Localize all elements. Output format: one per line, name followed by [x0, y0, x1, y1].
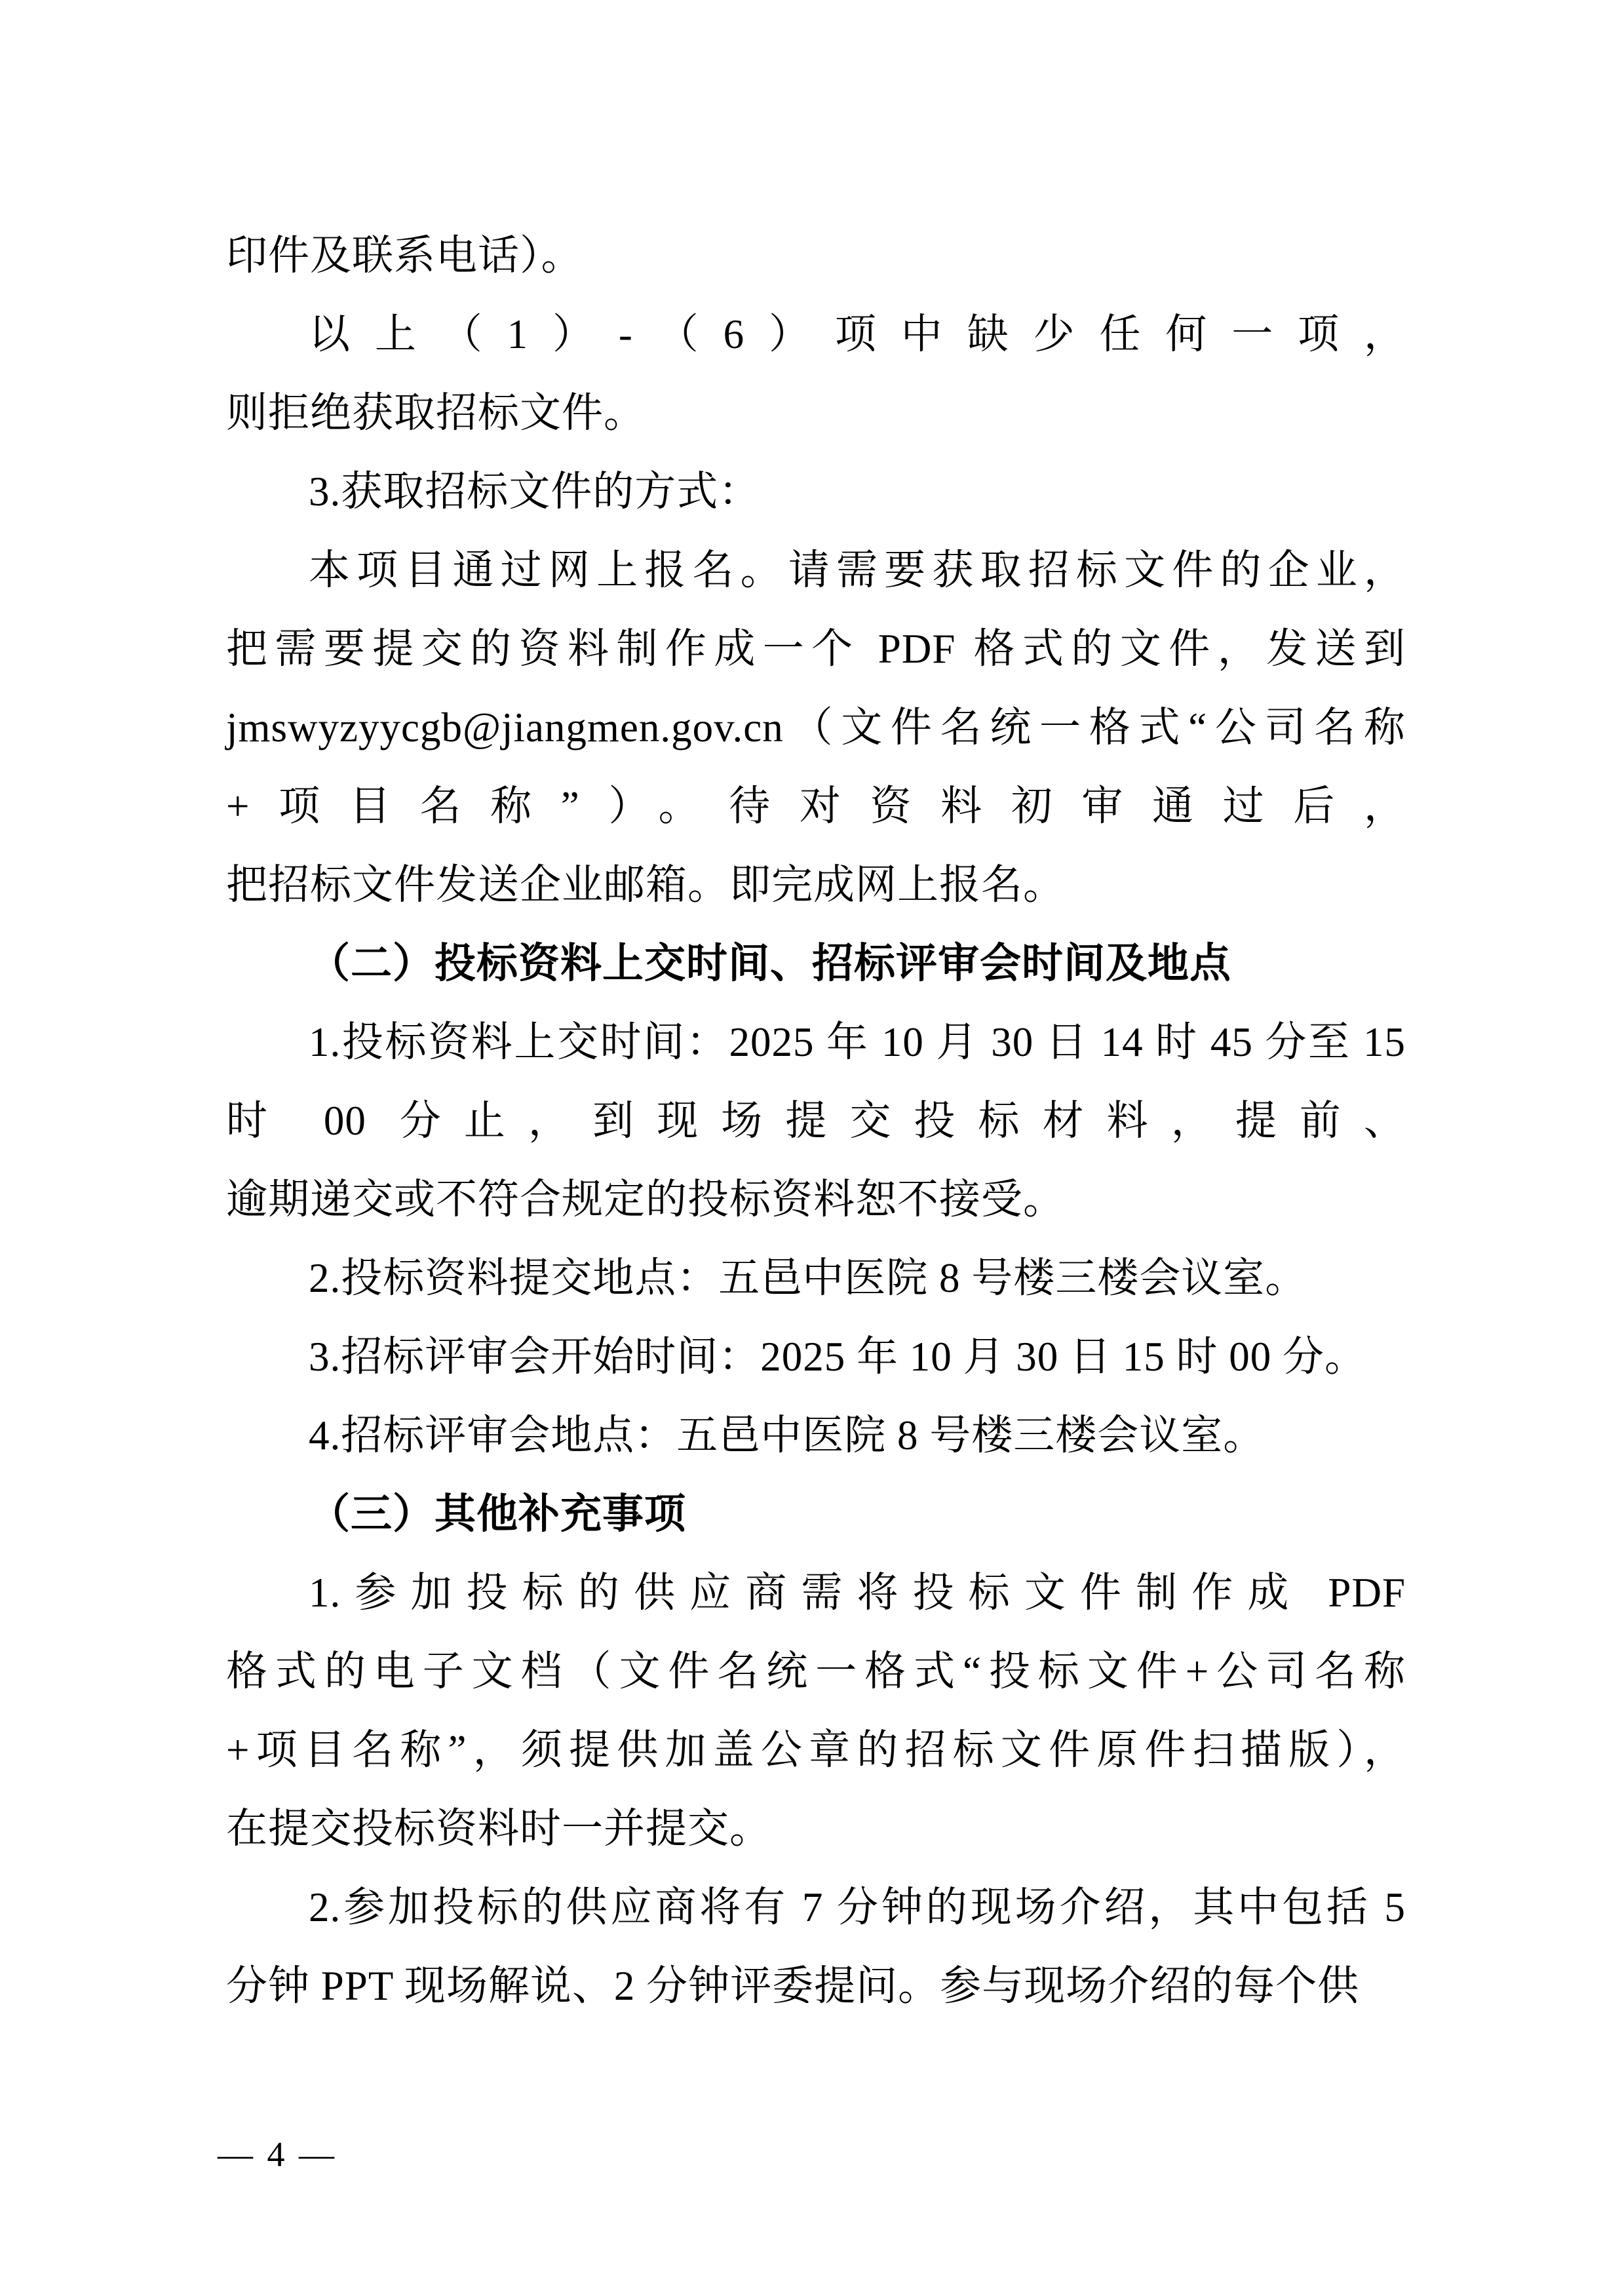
paragraph-missing-items-rule: 以上（1）-（6）项中缺少任何一项，则拒绝获取招标文件。 [226, 295, 1406, 452]
paragraph-online-registration: 本项目通过网上报名。请需要获取招标文件的企业，把需要提交的资料制作成一个 PDF… [226, 531, 1406, 924]
document-page: 印件及联系电话）。 以上（1）-（6）项中缺少任何一项，则拒绝获取招标文件。 3… [0, 0, 1622, 2296]
text-block: 印件及联系电话）。 以上（1）-（6）项中缺少任何一项，则拒绝获取招标文件。 3… [226, 216, 1406, 2025]
paragraph-supplement-2: 2.参加投标的供应商将有 7 分钟的现场介绍，其中包括 5 分钟 PPT 现场解… [226, 1868, 1406, 2025]
page-number: — 4 — [218, 2131, 337, 2177]
paragraph-submission-place: 2.投标资料提交地点：五邑中医院 8 号楼三楼会议室。 [226, 1239, 1406, 1317]
paragraph-review-meeting-place: 4.招标评审会地点：五邑中医院 8 号楼三楼会议室。 [226, 1396, 1406, 1475]
section-2-heading: （二）投标资料上交时间、招标评审会时间及地点 [226, 924, 1406, 1003]
paragraph-review-meeting-time: 3.招标评审会开始时间：2025 年 10 月 30 日 15 时 00 分。 [226, 1317, 1406, 1396]
paragraph-continuation: 印件及联系电话）。 [226, 216, 1406, 295]
section-3-heading: （三）其他补充事项 [226, 1475, 1406, 1553]
paragraph-item-3-how-to-obtain: 3.获取招标文件的方式： [226, 452, 1406, 531]
paragraph-supplement-1: 1.参加投标的供应商需将投标文件制作成 PDF 格式的电子文档（文件名统一格式“… [226, 1553, 1406, 1868]
paragraph-submission-time: 1.投标资料上交时间：2025 年 10 月 30 日 14 时 45 分至 1… [226, 1003, 1406, 1239]
